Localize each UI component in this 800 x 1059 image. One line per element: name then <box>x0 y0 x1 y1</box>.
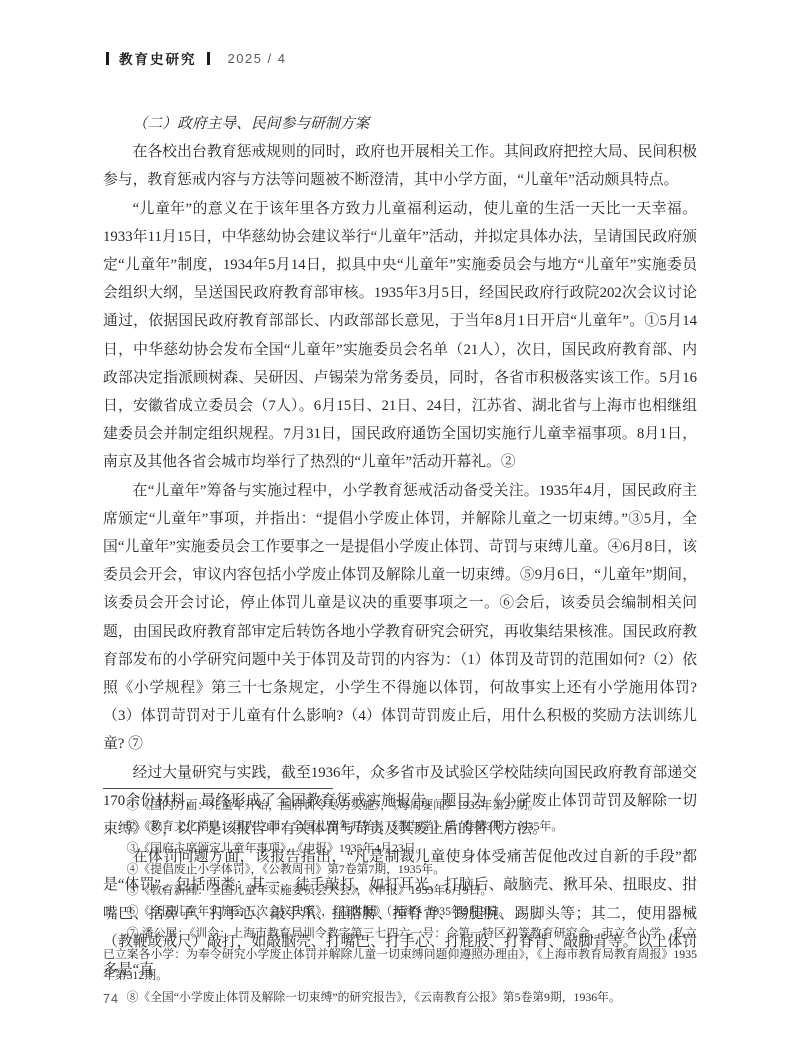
section-heading: （二）政府主导、民间参与研制方案 <box>103 110 697 138</box>
journal-page: 教育史研究 2025 / 4 （二）政府主导、民间参与研制方案 在各校出台教育惩… <box>0 0 800 1059</box>
footnote-item: ⑥《全国儿童年实施会五次会议决案》，《益世报》（天津）1935年9月9日。 <box>103 901 697 922</box>
footnote-item: ⑤《教育新闻：全国儿童年实施委员会大会》，《申报》1935年6月9日。 <box>103 880 697 901</box>
footnotes-section: ①《国内方面：儿童年开始，国府训令尽力实施》，《每周要闻》1935年第27期。 … <box>103 788 697 1008</box>
paragraph: 在“儿童年”筹备与实施过程中，小学教育惩戒活动备受关注。1935年4月，国民政府… <box>103 477 697 759</box>
page-number: 74 <box>103 992 119 1006</box>
footnote-item: ①《国内方面：儿童年开始，国府训令尽力实施》，《每周要闻》1935年第27期。 <box>103 795 697 816</box>
footnote-item: ⑧《全国“小学废止体罚及解除一切束缚”的研究报告》，《云南教育公报》第5卷第9期… <box>103 987 697 1008</box>
issue-label: 2025 / 4 <box>228 51 287 66</box>
paragraph: “儿童年”的意义在于该年里各方致力儿童福利运动，使儿童的生活一天比一天幸福。19… <box>103 195 697 477</box>
footnote-item: ⑦ 潘公展：《训令：上海市教育局训令教字第三七四六一号：令第一特区初等教育研究会… <box>103 923 697 987</box>
running-head: 教育史研究 2025 / 4 <box>106 50 287 66</box>
footnote-divider <box>103 788 333 789</box>
header-bar-left-icon <box>106 52 109 65</box>
footnote-item: ③《国府主席颁定儿童年事项》，《申报》1935年4月23日。 <box>103 838 697 859</box>
footnote-item: ②《教育文化消息：国内之部：全国儿童年开始》，《教与学》第1卷第3期，1935年… <box>103 816 697 837</box>
footnote-item: ④《提倡废止小学体罚》，《公教周刊》第7卷第7期，1935年。 <box>103 859 697 880</box>
header-bar-right-icon <box>207 52 210 65</box>
paragraph: 在各校出台教育惩戒规则的同时，政府也开展相关工作。其间政府把控大局、民间积极参与… <box>103 138 697 194</box>
journal-title: 教育史研究 <box>119 48 197 68</box>
